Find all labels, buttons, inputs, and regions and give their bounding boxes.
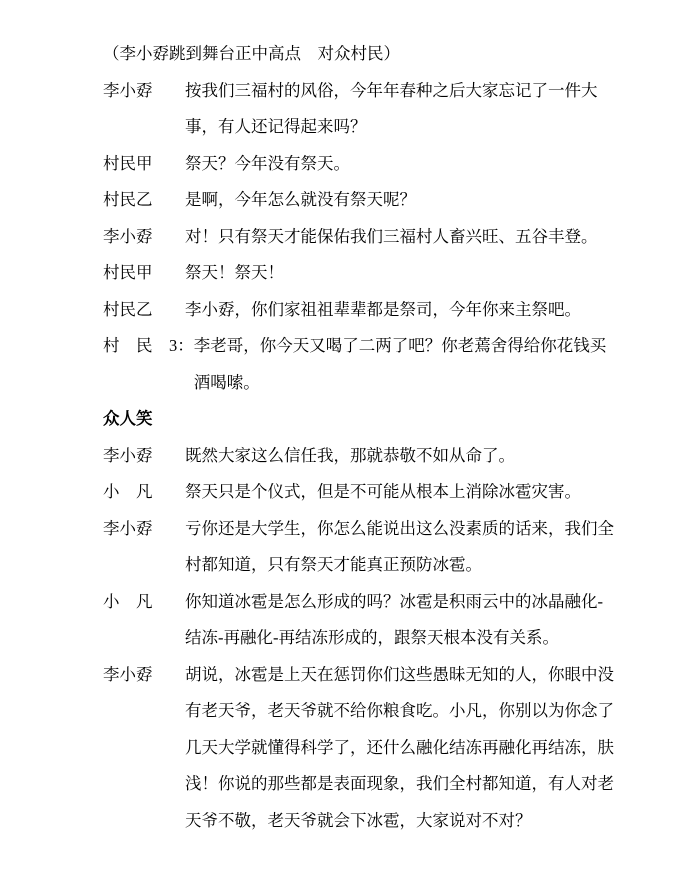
dialogue-text: 亏你还是大学生，你怎么能说出这么没素质的话来，我们全 村都知道，只有祭天才能真正… [185,511,672,584]
dialogue-line: 小 凡 祭天只是个仪式，但是不可能从根本上消除冰雹灾害。 [103,474,672,511]
dialogue-text: 胡说，冰雹是上天在惩罚你们这些愚昧无知的人，你眼中没 有老天爷，老天爷就不给你粮… [185,657,672,840]
speaker-name: 李小孬 [103,511,185,548]
speaker-name: 李小孬 [103,438,185,475]
stage-direction: （李小孬跳到舞台正中高点 对众村民） [103,36,672,73]
dialogue-text: 祭天？今年没有祭天。 [185,146,672,183]
dialogue-text: 按我们三福村的风俗，今年年春种之后大家忘记了一件大 事，有人还记得起来吗？ [185,73,672,146]
dialogue-text: 祭天只是个仪式，但是不可能从根本上消除冰雹灾害。 [185,474,672,511]
dialogue-text: 李小孬，你们家祖祖辈辈都是祭司，今年你来主祭吧。 [185,292,672,329]
dialogue-line: 小 凡 你知道冰雹是怎么形成的吗？冰雹是积雨云中的冰晶融化- 结冻-再融化-再结… [103,584,672,657]
speaker-name: 村 民 3： [103,328,194,365]
dialogue-text: 对！只有祭天才能保佑我们三福村人畜兴旺、五谷丰登。 [185,219,672,256]
speaker-name: 村民甲 [103,146,185,183]
dialogue-line: 李小孬 亏你还是大学生，你怎么能说出这么没素质的话来，我们全 村都知道，只有祭天… [103,511,672,584]
speaker-name: 小 凡 [103,474,185,511]
dialogue-text: 是啊，今年怎么就没有祭天呢？ [185,182,672,219]
speaker-name: 李小孬 [103,657,185,694]
dialogue-line: 村 民 3： 李老哥，你今天又喝了二两了吧？你老蔫舍得给你花钱买 酒喝嗦。 [103,328,672,401]
speaker-name: 李小孬 [103,219,185,256]
action-note: 众人笑 [103,401,672,438]
document-page: （李小孬跳到舞台正中高点 对众村民） 李小孬 按我们三福村的风俗，今年年春种之后… [0,0,680,875]
dialogue-line: 村民甲 祭天？今年没有祭天。 [103,146,672,183]
speaker-name: 村民乙 [103,292,185,329]
dialogue-line: 村民乙 李小孬，你们家祖祖辈辈都是祭司，今年你来主祭吧。 [103,292,672,329]
speaker-name: 小 凡 [103,584,185,621]
speaker-name: 村民甲 [103,255,185,292]
dialogue-line: 村民甲 祭天！祭天！ [103,255,672,292]
dialogue-text: 祭天！祭天！ [185,255,672,292]
speaker-name: 李小孬 [103,73,185,110]
dialogue-line: 村民乙 是啊，今年怎么就没有祭天呢？ [103,182,672,219]
dialogue-text: 既然大家这么信任我，那就恭敬不如从命了。 [185,438,672,475]
dialogue-line: 李小孬 既然大家这么信任我，那就恭敬不如从命了。 [103,438,672,475]
dialogue-text: 李老哥，你今天又喝了二两了吧？你老蔫舍得给你花钱买 酒喝嗦。 [194,328,672,401]
dialogue-text: 你知道冰雹是怎么形成的吗？冰雹是积雨云中的冰晶融化- 结冻-再融化-再结冻形成的… [185,584,672,657]
dialogue-line: 李小孬 对！只有祭天才能保佑我们三福村人畜兴旺、五谷丰登。 [103,219,672,256]
speaker-name: 村民乙 [103,182,185,219]
dialogue-line: 李小孬 胡说，冰雹是上天在惩罚你们这些愚昧无知的人，你眼中没 有老天爷，老天爷就… [103,657,672,840]
dialogue-line: 李小孬 按我们三福村的风俗，今年年春种之后大家忘记了一件大 事，有人还记得起来吗… [103,73,672,146]
